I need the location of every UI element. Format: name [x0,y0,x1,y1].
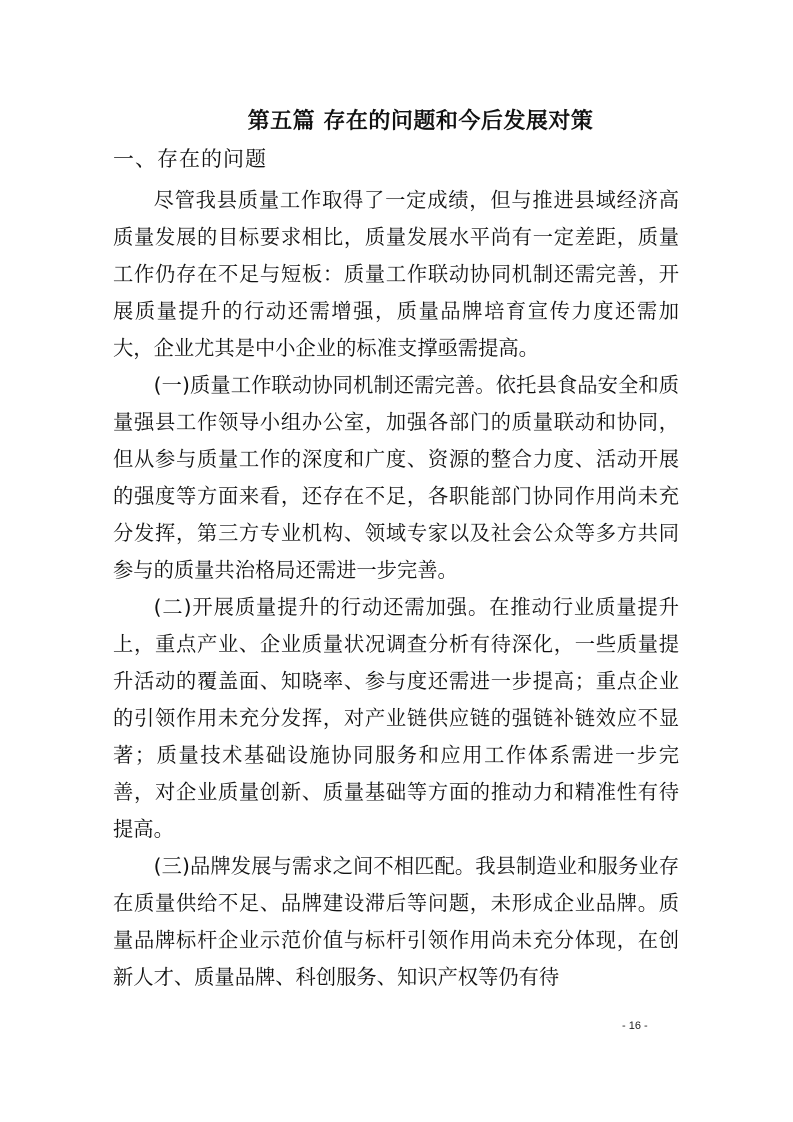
paragraph-text: 在推动行业质量提升上，重点产业、企业质量状况调查分析有待深化，一些质量提升活动的… [113,595,679,841]
paragraph-text: 依托县食品安全和质量强县工作领导小组办公室，加强各部门的质量联动和协同，但从参与… [113,373,679,582]
chapter-title: 第五篇 存在的问题和今后发展对策 [0,106,793,136]
document-page: 第五篇 存在的问题和今后发展对策 一、存在的问题 尽管我县质量工作取得了一定成绩… [0,0,793,1122]
paragraph-lead: (一)质量工作联动协同机制还需完善。 [154,373,496,397]
paragraph-intro: 尽管我县质量工作取得了一定成绩，但与推进县域经济高质量发展的目标要求相比，质量发… [113,182,679,367]
page-number: - 16 - [622,1019,648,1033]
paragraph-lead: (二)开展质量提升的行动还需加强。 [154,595,490,619]
paragraph-item-1: (一)质量工作联动协同机制还需完善。依托县食品安全和质量强县工作领导小组办公室，… [113,367,679,589]
section-heading: 一、存在的问题 [113,144,267,174]
paragraph-item-2: (二)开展质量提升的行动还需加强。在推动行业质量提升上，重点产业、企业质量状况调… [113,589,679,848]
body-text: 尽管我县质量工作取得了一定成绩，但与推进县域经济高质量发展的目标要求相比，质量发… [113,182,679,996]
paragraph-lead: (三)品牌发展与需求之间不相匹配。 [154,854,476,878]
paragraph-text: 尽管我县质量工作取得了一定成绩，但与推进县域经济高质量发展的目标要求相比，质量发… [113,188,679,360]
paragraph-item-3: (三)品牌发展与需求之间不相匹配。我县制造业和服务业存在质量供给不足、品牌建设滞… [113,848,679,996]
